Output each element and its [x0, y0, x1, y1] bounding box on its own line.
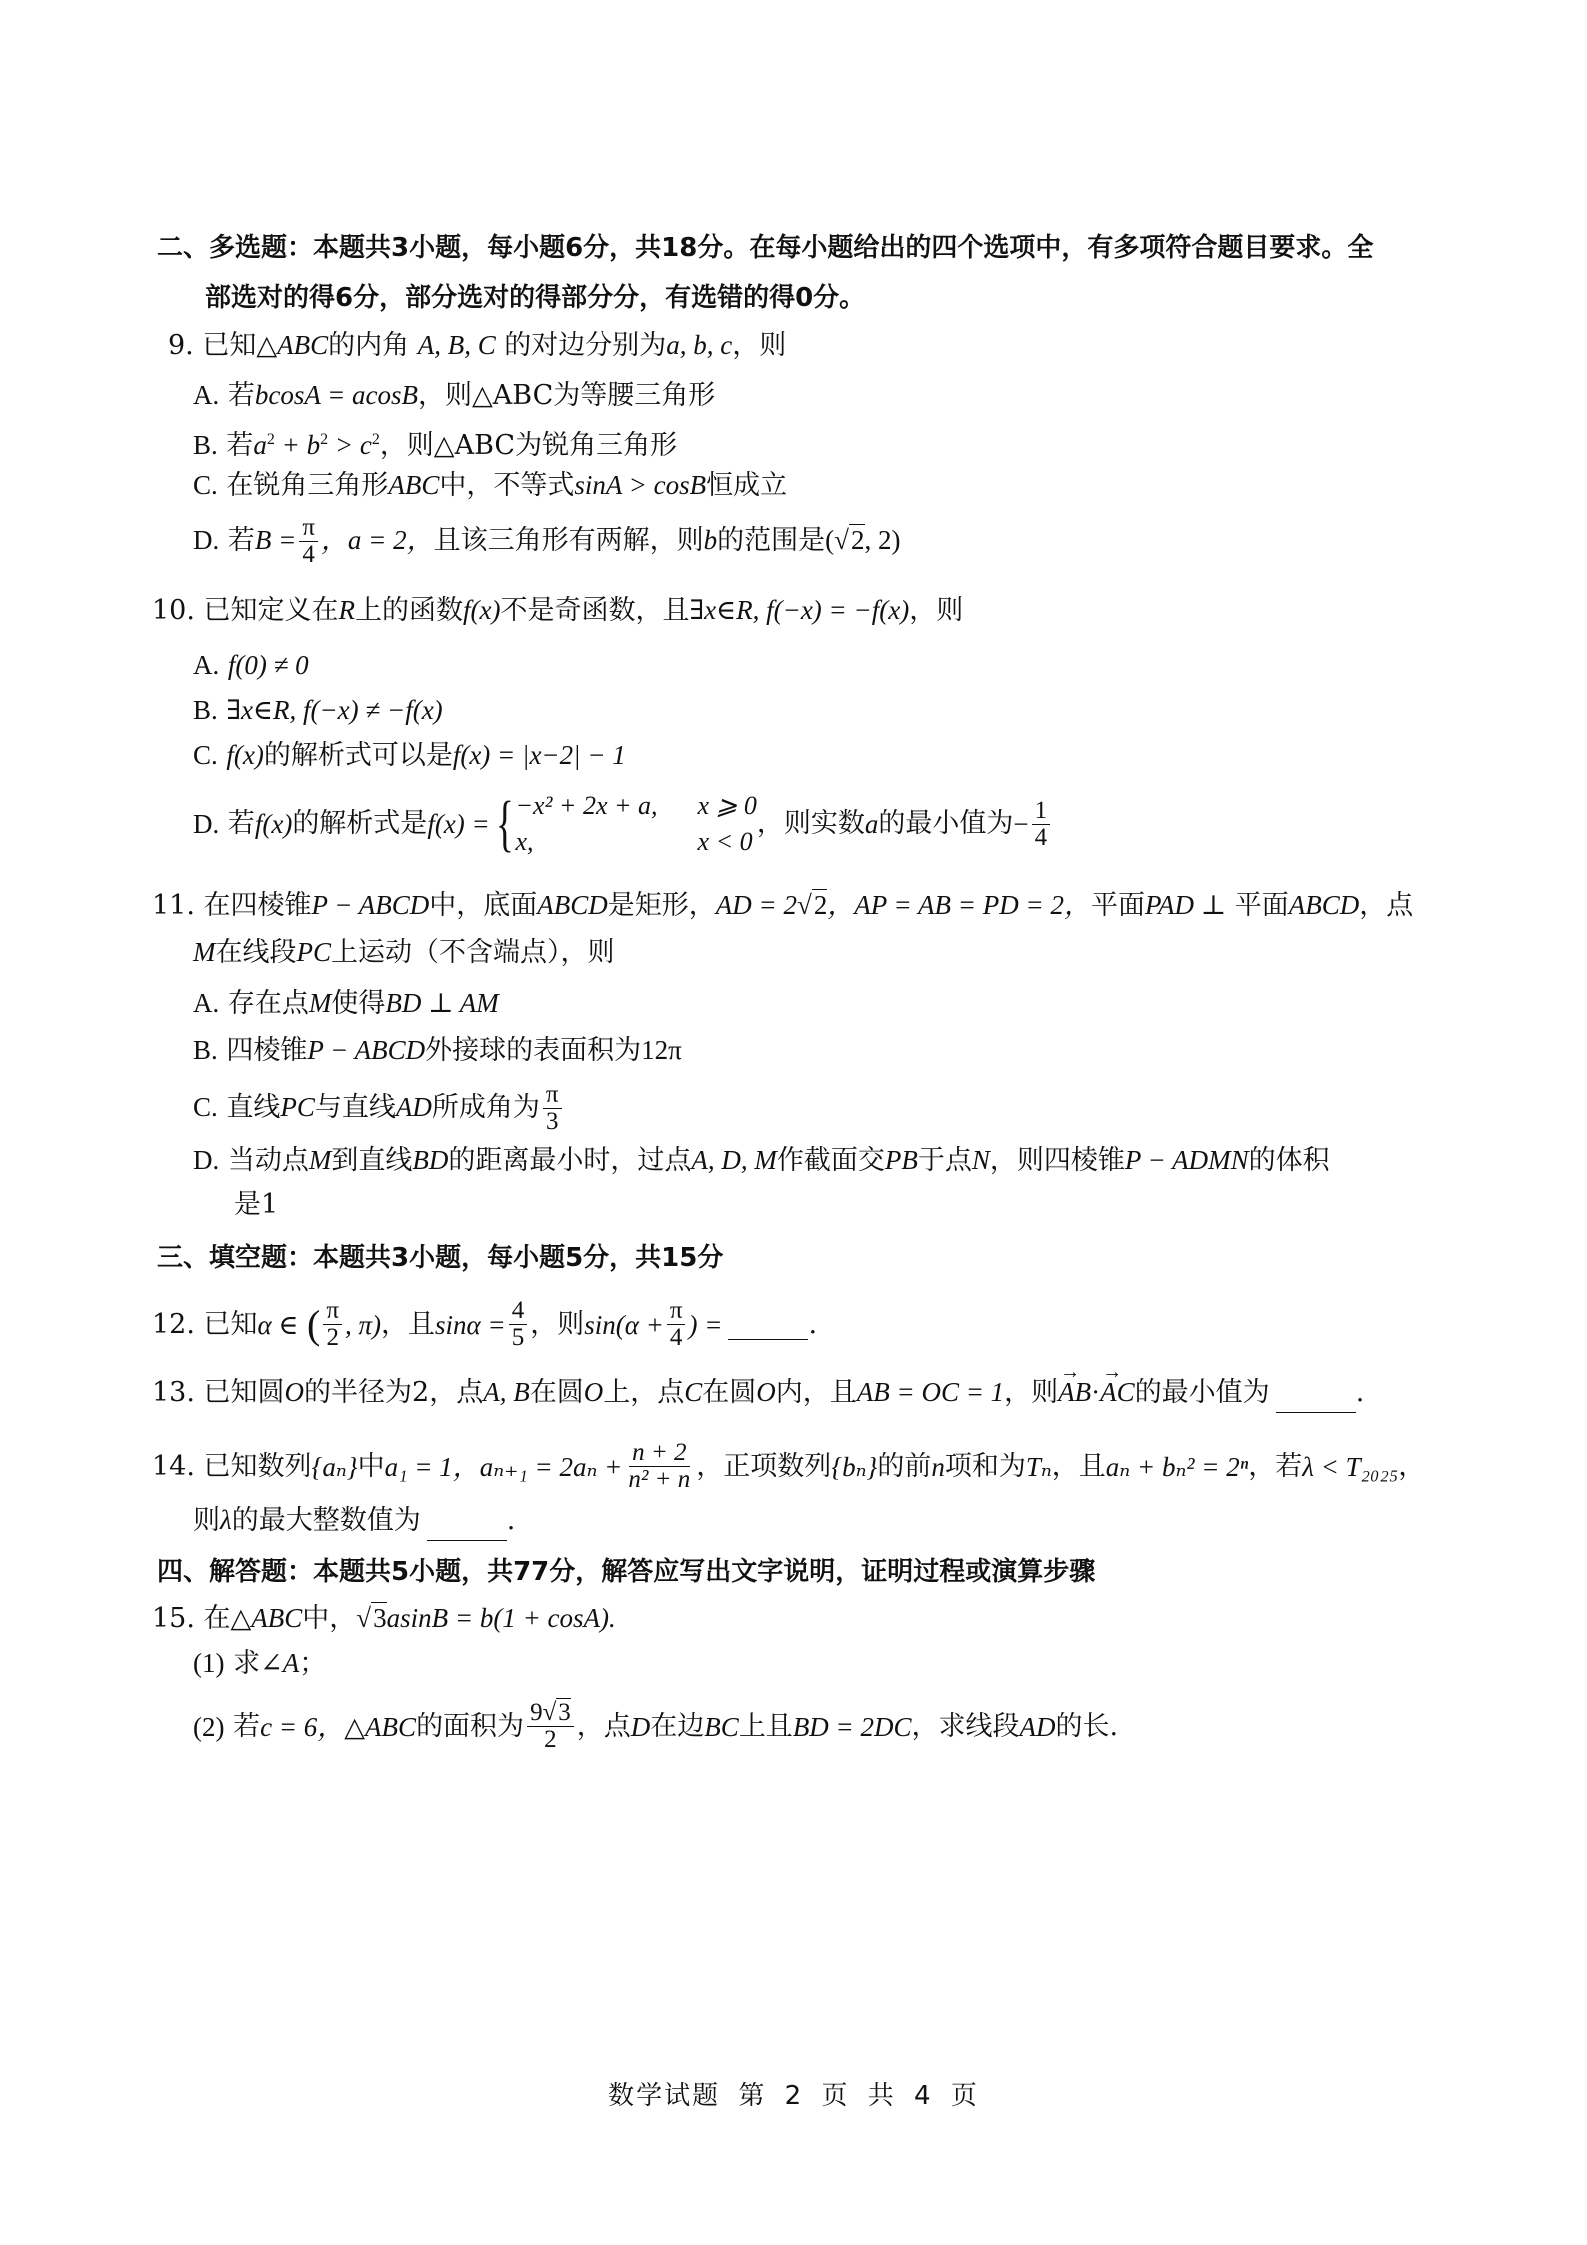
numerator: 9√3: [527, 1700, 574, 1727]
option-text: 存在点: [228, 988, 309, 1019]
q11-text: 是矩形，: [608, 890, 716, 921]
sqrt: √2: [834, 524, 864, 555]
math-expr: P − ABCD: [307, 1035, 425, 1065]
q14-text: ，若: [1248, 1447, 1302, 1487]
math-var: R: [339, 595, 356, 625]
math-var: λ: [220, 1505, 232, 1535]
math-expr: Tₙ: [1026, 1447, 1052, 1487]
q13-text: 在圆: [530, 1377, 584, 1408]
denominator: 2: [323, 1325, 342, 1351]
q11-option-b: B. 四棱锥P − ABCD外接球的表面积为12π: [193, 1030, 682, 1071]
sqrt: √3: [356, 1602, 386, 1633]
radicand: 3: [556, 1698, 571, 1726]
q10-text: 10. 已知定义在: [152, 595, 339, 626]
option-text: 四棱锥: [226, 1035, 307, 1066]
q15-text: 15. 在: [152, 1603, 231, 1634]
q12: 12. 已知α ∈ (π2, π)，且sinα =45，则sin(α +π4) …: [152, 1298, 817, 1351]
q14-text: 项和为: [945, 1447, 1026, 1487]
q11-text: 11. 在四棱锥: [152, 890, 312, 921]
q9-sides: a, b, c: [666, 330, 732, 360]
q14-cont: 则λ的最大整数值为.: [193, 1500, 515, 1541]
q14-text: 的最大整数值为: [232, 1505, 421, 1536]
q11-option-d: D. 当动点M到直线BD的距离最小时，过点A, D, M作截面交PB于点N，则四…: [193, 1140, 1330, 1181]
cases: −x² + 2x + a, x ⩾ 0 x, x < 0: [516, 788, 757, 860]
math-expr: sinα =: [435, 1305, 506, 1345]
option-text: 若: [228, 380, 255, 411]
option-text: 外接球的表面积为: [425, 1035, 641, 1066]
q14-text: 14. 已知数列: [152, 1447, 312, 1487]
option-text: 若: [228, 804, 255, 844]
q10-option-b: B. ∃x∈R, f(−x) ≠ −f(x): [193, 690, 443, 731]
option-text: 的体积: [1249, 1145, 1330, 1176]
fraction: n + 2n² + n: [625, 1440, 693, 1493]
math-expr: △ABC: [344, 1707, 416, 1747]
q14-text: 的前: [877, 1447, 931, 1487]
fraction: π4: [299, 515, 318, 568]
math-expr: ∠A: [260, 1648, 299, 1678]
q11-option-d-cont: 是1: [234, 1185, 278, 1225]
numerator: π: [299, 515, 318, 542]
denominator: 4: [1032, 825, 1051, 851]
math-expr: B =: [255, 525, 296, 555]
math-var: a: [865, 804, 879, 844]
math-expr: f(x): [255, 804, 292, 844]
option-text: 所成角为: [432, 1092, 540, 1123]
q14-text: ，正项数列: [696, 1447, 831, 1487]
option-label: D.: [193, 525, 219, 555]
option-label: A.: [193, 650, 219, 680]
q11-stem-cont: M在线段PC上运动（不含端点），则: [193, 932, 615, 973]
numerator: π: [323, 1298, 342, 1325]
math-expr: A, B: [483, 1377, 530, 1407]
option-text: 的解析式可以是: [264, 740, 453, 771]
math-expr: aₙ + bₙ² = 2ⁿ: [1106, 1447, 1248, 1487]
denominator: 4: [667, 1325, 686, 1351]
q10-option-d: D. 若f(x)的解析式是f(x) = { −x² + 2x + a, x ⩾ …: [193, 788, 1053, 860]
math-expr: ) =: [688, 1305, 722, 1345]
fraction: 45: [509, 1298, 528, 1351]
answer-blank[interactable]: [1276, 1382, 1356, 1413]
q13-text: .: [1356, 1377, 1365, 1408]
math-var: BD: [412, 1145, 448, 1175]
q14: 14. 已知数列{aₙ}中a₁ = 1，aₙ₊₁ = 2aₙ +n + 2n² …: [152, 1440, 1425, 1493]
q14-text: .: [507, 1505, 516, 1536]
math-expr: ，AP = AB = PD = 2，: [827, 890, 1091, 920]
q11-text: 平面: [1091, 890, 1145, 921]
math-expr: a₁ = 1，: [385, 1447, 480, 1487]
denominator: n² + n: [625, 1467, 693, 1493]
option-label: C.: [193, 740, 218, 770]
math-expr: A, D, M: [691, 1145, 776, 1175]
option-text: 若: [226, 430, 253, 461]
option-text: 的范围是: [717, 525, 825, 556]
q15-text: ，点: [577, 1707, 631, 1747]
math-expr: f(x) = |x−2| − 1: [453, 740, 626, 770]
radicand: 2: [849, 524, 865, 555]
q15-stem: 15. 在△ABC中，√3asinB = b(1 + cosA).: [152, 1598, 616, 1639]
q9-option-d: D. 若B =π4，a = 2，且该三角形有两解，则b的范围是(√2, 2): [193, 515, 901, 568]
math-expr: f(x): [226, 740, 263, 770]
q10-option-a: A. f(0) ≠ 0: [193, 645, 309, 686]
radicand: 2: [812, 889, 828, 920]
option-label: A.: [193, 380, 219, 410]
math-expr: sin(α +: [584, 1305, 664, 1345]
option-text: 的解析式是: [292, 804, 427, 844]
vector-ab: AB: [1058, 1372, 1091, 1412]
math-var: AD: [396, 1092, 432, 1122]
part-label: (2): [193, 1707, 224, 1747]
fraction: π4: [667, 1298, 686, 1351]
math-expr: {bₙ}: [831, 1447, 877, 1487]
q13-text: 的半径为2，点: [304, 1377, 483, 1408]
q9-text: 的对边分别为: [504, 330, 666, 361]
q13-text: 的最小值为: [1135, 1377, 1270, 1408]
q14-text: ，: [1398, 1447, 1425, 1487]
section-3-title: 三、填空题：本题共3小题，每小题5分，共15分: [157, 1238, 723, 1278]
q13-text: 上，点: [603, 1377, 684, 1408]
option-text: 的距离最小时，过点: [448, 1145, 691, 1176]
q9-text: ，则: [732, 330, 786, 361]
q15-text: 的面积为: [416, 1707, 524, 1747]
q10-stem: 10. 已知定义在R上的函数f(x)不是奇函数，且∃x∈R, f(−x) = −…: [152, 590, 963, 631]
coefficient: 9: [530, 1699, 543, 1726]
math-part: , 2): [865, 525, 901, 555]
brace: {: [496, 793, 514, 855]
denominator: 4: [299, 542, 318, 568]
answer-blank[interactable]: [427, 1510, 507, 1541]
q13-text: 在圆: [702, 1377, 756, 1408]
option-label: C.: [193, 1092, 218, 1122]
math-expr: BD ⊥ AM: [385, 988, 498, 1018]
answer-blank[interactable]: [728, 1309, 808, 1340]
denominator: 2: [541, 1727, 560, 1753]
math-expr: f(x) =: [427, 804, 489, 844]
q9-triangle: △ABC: [256, 330, 328, 360]
part-label: (1): [193, 1648, 224, 1678]
q15-part-1: (1) 求∠A；: [193, 1643, 326, 1684]
math-part: > c: [328, 430, 372, 460]
q15-text: 若: [233, 1707, 260, 1747]
option-text: 的最小值为: [878, 804, 1013, 844]
math-part: a: [253, 430, 267, 460]
q15-text: 求: [233, 1648, 260, 1679]
option-text: 到直线: [331, 1145, 412, 1176]
math-expr: △ABC: [231, 1603, 303, 1633]
math-expr: P − ADMN: [1125, 1145, 1249, 1175]
vector-ac: AC: [1100, 1372, 1135, 1412]
math-expr: aₙ₊₁ = 2aₙ +: [480, 1447, 623, 1487]
option-text: 于点: [918, 1145, 972, 1176]
option-text: 若: [228, 525, 255, 556]
q11-text: 平面: [1235, 890, 1289, 921]
math-var: O: [584, 1377, 604, 1407]
option-text: ，则四棱锥: [990, 1145, 1125, 1176]
math-expr: c = 6，: [260, 1707, 344, 1747]
math-var: D: [631, 1707, 651, 1747]
math-expr: ABCD: [1289, 890, 1360, 920]
q15-part-2: (2) 若c = 6，△ABC的面积为9√32，点D在边BC上且BD = 2DC…: [193, 1700, 1118, 1753]
math-expr: AB = OC = 1: [857, 1377, 1004, 1407]
math-expr: PAD ⊥: [1145, 890, 1226, 920]
q10-text: 上的函数: [355, 595, 463, 626]
option-label: D.: [193, 804, 219, 844]
q11-option-a: A. 存在点M使得BD ⊥ AM: [193, 983, 499, 1024]
option-label: B.: [193, 695, 218, 725]
numerator: π: [543, 1082, 562, 1109]
q11-text: 上运动（不含端点），则: [331, 937, 615, 968]
math-var: n: [931, 1447, 945, 1487]
option-label: A.: [193, 988, 219, 1018]
math-expr: ABC: [388, 470, 439, 500]
case-cond: x ⩾ 0: [698, 788, 757, 824]
q15-text: 在边: [650, 1707, 704, 1747]
option-text: 使得: [331, 988, 385, 1019]
q11-text: 在线段: [216, 937, 297, 968]
option-label: B.: [193, 1035, 218, 1065]
section-2-title-cont: 部选对的得6分，部分选对的得部分分，有选错的得0分。: [205, 278, 865, 318]
q15-text: 上且: [739, 1707, 793, 1747]
math-var: b: [704, 525, 718, 555]
math-expr: bcosA = acosB: [255, 380, 418, 410]
sqrt: √3: [543, 1698, 571, 1726]
q9-option-a: A. 若bcosA = acosB，则△ABC为等腰三角形: [193, 375, 715, 416]
math-var: C: [684, 1377, 702, 1407]
math-expr: ，a = 2，: [321, 525, 434, 555]
q12-text: ，且: [381, 1305, 435, 1345]
math-expr: a2 + b2 > c2: [253, 430, 379, 460]
q12-text: .: [808, 1305, 817, 1345]
q13: 13. 已知圆O的半径为2，点A, B在圆O上，点C在圆O内，且AB = OC …: [152, 1372, 1364, 1413]
math-part: −: [1013, 804, 1028, 844]
section-4-title: 四、解答题：本题共5小题，共77分，解答应写出文字说明，证明过程或演算步骤: [157, 1552, 1095, 1592]
option-text: ，则△ABC为锐角三角形: [380, 430, 677, 461]
q9-text: 9. 已知: [168, 330, 256, 361]
option-text: 直线: [226, 1092, 280, 1123]
case-expr: x,: [516, 824, 658, 860]
math-var: O: [756, 1377, 776, 1407]
fraction: π3: [543, 1082, 562, 1135]
math-expr: {aₙ}: [312, 1447, 358, 1487]
math-expr: 12π: [641, 1035, 682, 1065]
math-part: + b: [275, 430, 320, 460]
q10-text: ，则: [909, 595, 963, 626]
q11-option-c: C. 直线PC与直线AD所成角为π3: [193, 1082, 565, 1135]
numerator: 4: [509, 1298, 528, 1325]
sqrt: √2: [797, 889, 827, 920]
math-var: AD: [1020, 1707, 1056, 1747]
math-expr: ∃x∈R, f(−x) ≠ −f(x): [226, 695, 442, 725]
option-text: 恒成立: [706, 470, 787, 501]
option-text: 且该三角形有两解，则: [434, 525, 704, 556]
case-expr: −x² + 2x + a,: [516, 788, 658, 824]
q15-text: ，求线段: [912, 1707, 1020, 1747]
math-expr: λ < T₂₀₂₅: [1302, 1447, 1398, 1487]
q15-text: ；: [299, 1648, 326, 1679]
q11-stem: 11. 在四棱锥P − ABCD中，底面ABCD是矩形，AD = 2√2，AP …: [152, 885, 1413, 926]
denominator: 3: [543, 1109, 562, 1135]
q14-text: 则: [193, 1505, 220, 1536]
q10-text: 不是奇函数，且: [501, 595, 690, 626]
q12-text: 12. 已知: [152, 1305, 258, 1345]
page-footer: 数学试题 第 2 页 共 4 页: [0, 2075, 1587, 2112]
q9-text: 的内角: [328, 330, 409, 361]
math-var: PC: [297, 937, 332, 967]
math-var: PC: [280, 1092, 315, 1122]
fraction: 9√32: [527, 1700, 574, 1753]
math-expr: asinB = b(1 + cosA).: [387, 1603, 616, 1633]
math-expr: BD = 2DC: [793, 1707, 912, 1747]
math-var: N: [972, 1145, 990, 1175]
math-var: M: [309, 1145, 332, 1175]
math-var: O: [285, 1377, 305, 1407]
math-var: PB: [885, 1145, 918, 1175]
option-label: D.: [193, 1145, 219, 1175]
q12-text: ，则: [530, 1305, 584, 1345]
math-part: (: [825, 525, 834, 555]
option-text: 作截面交: [777, 1145, 885, 1176]
math-expr: f(x): [463, 595, 500, 625]
option-text: 与直线: [315, 1092, 396, 1123]
q9-angles: A, B, C: [418, 330, 496, 360]
option-text: ，则实数: [757, 804, 865, 844]
option-label: C.: [193, 470, 218, 500]
case-cond: x < 0: [698, 824, 757, 860]
option-text: ，则△ABC为等腰三角形: [418, 380, 715, 411]
option-label: B.: [193, 430, 218, 460]
option-text: 当动点: [228, 1145, 309, 1176]
option-text: 中，不等式: [439, 470, 574, 501]
option-text: 在锐角三角形: [226, 470, 388, 501]
math-expr: sinA > cosB: [574, 470, 706, 500]
math-expr: f(0) ≠ 0: [228, 650, 309, 680]
q11-text: 中，底面: [429, 890, 537, 921]
exam-page: 二、多选题：本题共3小题，每小题6分，共18分。在每小题给出的四个选项中，有多项…: [0, 0, 1587, 2245]
math-var: M: [309, 988, 332, 1018]
q13-text: 13. 已知圆: [152, 1377, 285, 1408]
denominator: 5: [509, 1325, 528, 1351]
math-expr: ABCD: [537, 890, 608, 920]
q13-text: ，则: [1004, 1377, 1058, 1408]
math-expr: α ∈: [258, 1305, 299, 1345]
piecewise-function: { −x² + 2x + a, x ⩾ 0 x, x < 0: [490, 788, 757, 860]
math-expr: , π): [345, 1305, 381, 1345]
paren: (: [307, 1305, 320, 1345]
fraction: 14: [1032, 798, 1051, 851]
q15-text: 中，: [302, 1603, 356, 1634]
q14-text: ，且: [1052, 1447, 1106, 1487]
math-expr: ∃x∈R, f(−x) = −f(x): [690, 595, 910, 625]
numerator: π: [667, 1298, 686, 1325]
dot-operator: ·: [1091, 1377, 1100, 1407]
q9-option-b: B. 若a2 + b2 > c2，则△ABC为锐角三角形: [193, 420, 677, 466]
q9-stem: 9. 已知△ABC的内角 A, B, C 的对边分别为a, b, c，则: [168, 325, 786, 366]
q13-text: 内，且: [776, 1377, 857, 1408]
q10-option-c: C. f(x)的解析式可以是f(x) = |x−2| − 1: [193, 735, 626, 776]
q11-text: ，点: [1359, 890, 1413, 921]
numerator: n + 2: [629, 1440, 689, 1467]
q9-option-c: C. 在锐角三角形ABC中，不等式sinA > cosB恒成立: [193, 465, 787, 506]
numerator: 1: [1032, 798, 1051, 825]
radicand: 3: [371, 1602, 387, 1633]
q15-text: 的长.: [1056, 1707, 1119, 1747]
fraction: π2: [323, 1298, 342, 1351]
math-var: M: [193, 937, 216, 967]
math-expr: P − ABCD: [312, 890, 430, 920]
math-expr: AD = 2: [716, 890, 797, 920]
math-var: BC: [704, 1707, 739, 1747]
section-2-title: 二、多选题：本题共3小题，每小题6分，共18分。在每小题给出的四个选项中，有多项…: [157, 228, 1373, 268]
q14-text: 中: [358, 1447, 385, 1487]
